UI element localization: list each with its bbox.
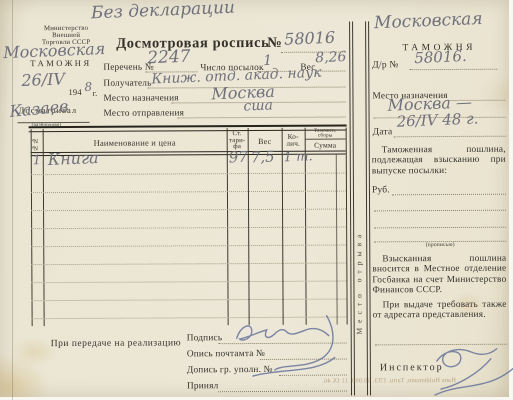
on-issue-note: При выдаче требовать также от адресата п… bbox=[373, 300, 507, 321]
divider-rule bbox=[368, 21, 371, 395]
in-words-note: (прописью) bbox=[374, 242, 506, 249]
table-row-rule bbox=[31, 172, 346, 176]
col-name-header: Наименование и цена bbox=[43, 137, 227, 148]
recipient-label: Получатель bbox=[103, 79, 151, 89]
handwritten-customs-name-right: Московская bbox=[374, 9, 483, 33]
handwritten-date: 26/IV bbox=[21, 69, 65, 90]
table-row-rule bbox=[31, 226, 346, 230]
duty-note: Таможенная пошлина, подлежащая взысканию… bbox=[372, 145, 506, 177]
col-qty-header: Ко- лич. bbox=[282, 134, 305, 147]
received-label: Принял bbox=[187, 381, 218, 391]
inspector-signature-left: Казаев bbox=[9, 96, 69, 120]
signature-scribble bbox=[223, 296, 348, 389]
row-num: 1. bbox=[32, 153, 45, 168]
collected-duty-note: Взысканная пошлина вносится в Местное от… bbox=[372, 254, 506, 296]
dotted-line bbox=[218, 390, 347, 393]
handwritten-origin: сша bbox=[243, 97, 273, 114]
handwritten-dr-number: 58016. bbox=[414, 47, 467, 67]
col-num-header: №№ bbox=[32, 131, 39, 151]
table-row-rule bbox=[31, 244, 346, 248]
printed-year: 194 bbox=[68, 87, 81, 97]
dotted-line bbox=[374, 209, 506, 212]
handwritten-list-number: 2247 bbox=[147, 47, 191, 69]
form-title: Досмотровая роспись bbox=[116, 35, 269, 53]
transfer-for-sale-label: При передаче на реализацию bbox=[51, 338, 181, 349]
dr-number-label: Д/р № bbox=[372, 60, 398, 70]
scanned-customs-form: Без декларации Министерство Внешней Торг… bbox=[0, 0, 513, 400]
table-top-rule bbox=[29, 125, 347, 133]
dotted-line bbox=[178, 116, 346, 119]
table-row-rule bbox=[31, 208, 346, 212]
handwritten-date-right: 26/IV 48 г. bbox=[396, 109, 479, 130]
handwritten-weight: 8,26 bbox=[315, 49, 347, 66]
table-row-rule bbox=[31, 262, 346, 266]
dotted-line bbox=[392, 193, 506, 196]
origin-label: Место отправления bbox=[104, 108, 185, 118]
handwritten-year-digit: 8 bbox=[84, 80, 92, 94]
year-suffix: г. bbox=[92, 88, 97, 98]
table-row-rule bbox=[31, 190, 346, 194]
handwritten-doc-number: 58016 bbox=[284, 28, 336, 49]
signature-label: Подпись bbox=[187, 333, 223, 343]
dotted-line bbox=[394, 135, 506, 138]
col-weight-header: Вес bbox=[248, 137, 282, 146]
row-tariff: 97 bbox=[228, 148, 248, 167]
row-weight: 7,5 bbox=[250, 147, 275, 166]
dotted-line bbox=[374, 226, 506, 229]
tear-line-vertical-label: Место отрыва bbox=[353, 99, 363, 334]
rubles-label: Руб. bbox=[372, 185, 390, 195]
table-row-rule bbox=[31, 280, 346, 284]
handwritten-top-note: Без декларации bbox=[91, 0, 236, 23]
printer-legend-mirrored: Hans Holdemann, Tartu. ГЛЗ. 50.000. 11 I… bbox=[284, 377, 456, 385]
destination-label: Место назначения bbox=[103, 93, 178, 103]
inspector-signature bbox=[429, 343, 513, 399]
dotted-line bbox=[409, 68, 497, 70]
col-fees-header: Таможен. сборы bbox=[305, 129, 346, 139]
row-item-name: Книга bbox=[47, 148, 99, 169]
row-qty: 1 т. bbox=[283, 149, 312, 165]
date-label-right: Дата bbox=[373, 127, 393, 137]
customs-label: ТАМОЖНЯ bbox=[30, 58, 91, 68]
number-sign: № bbox=[267, 35, 282, 52]
